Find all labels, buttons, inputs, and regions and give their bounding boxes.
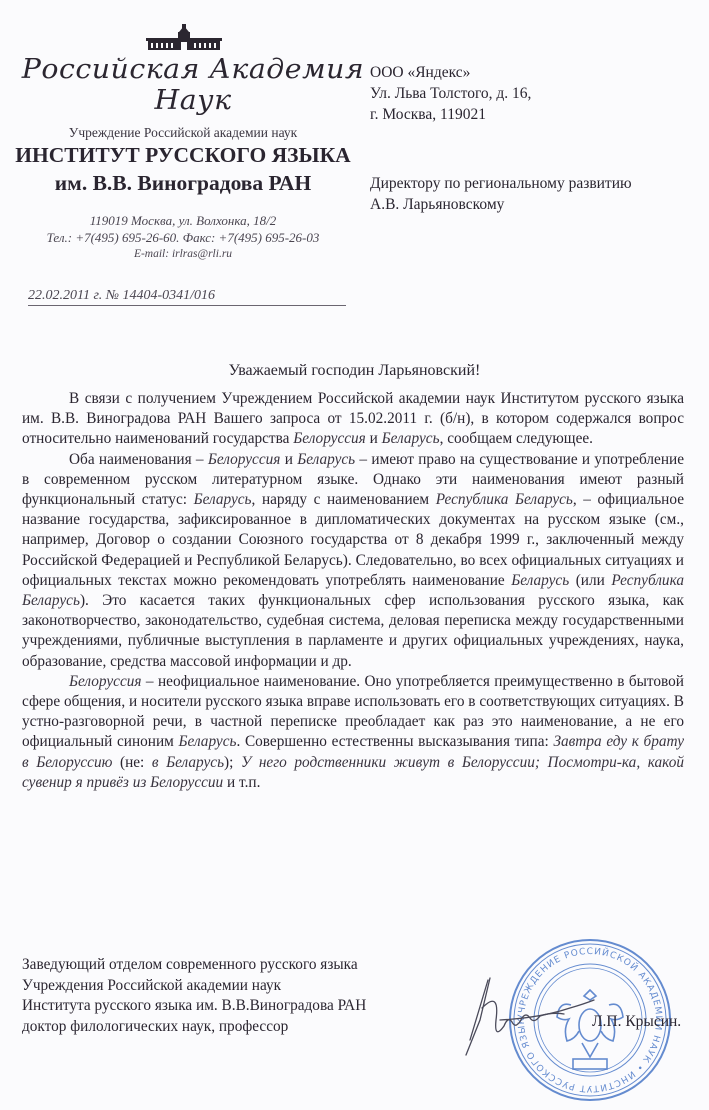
academy-building-icon bbox=[144, 22, 224, 52]
recipient-street: Ул. Льва Толстого, д. 16, bbox=[370, 83, 531, 104]
institute-subtitle: им. В.В. Виноградова РАН bbox=[0, 171, 366, 196]
institute-address: 119019 Москва, ул. Волхонка, 18/2 bbox=[0, 212, 366, 229]
signature-block: Заведующий отделом современного русского… bbox=[22, 955, 366, 1037]
recipient-org: ООО «Яндекс» bbox=[370, 62, 470, 83]
signer-name: Л.П. Крысин. bbox=[592, 1013, 681, 1031]
salutation: Уважаемый господин Ларьяновский! bbox=[0, 362, 709, 380]
letter-body: В связи с получением Учреждением Российс… bbox=[22, 389, 684, 793]
paragraph-3: Белоруссия – неофициальное наименование.… bbox=[22, 672, 684, 793]
academy-logo-script: Российская Академия Наук bbox=[20, 54, 367, 116]
signer-title-line-4: доктор филологических наук, профессор bbox=[22, 1017, 366, 1038]
signer-title-line-1: Заведующий отделом современного русского… bbox=[22, 955, 366, 976]
institute-email: E-mail: irlras@rli.ru bbox=[0, 246, 366, 263]
institute-phones: Тел.: +7(495) 695-26-60. Факс: +7(495) 6… bbox=[0, 229, 366, 246]
recipient-city: г. Москва, 119021 bbox=[370, 104, 486, 125]
paragraph-1: В связи с получением Учреждением Российс… bbox=[22, 389, 684, 450]
institute-title: ИНСТИТУТ РУССКОГО ЯЗЫКА bbox=[0, 143, 366, 168]
institution-type: Учреждение Российской академии наук bbox=[0, 125, 366, 141]
signer-title-line-3: Института русского языка им. В.В.Виногра… bbox=[22, 996, 366, 1017]
recipient-position: Директору по региональному развитию bbox=[370, 173, 632, 194]
handwritten-signature-icon bbox=[460, 960, 600, 1060]
registration-number: 22.02.2011 г. № 14404-0341/016 bbox=[28, 288, 346, 306]
signer-title-line-2: Учреждения Российской академии наук bbox=[22, 976, 366, 997]
paragraph-2: Оба наименования – Белоруссия и Беларусь… bbox=[22, 450, 684, 672]
recipient-name: А.В. Ларьяновскому bbox=[370, 194, 504, 215]
